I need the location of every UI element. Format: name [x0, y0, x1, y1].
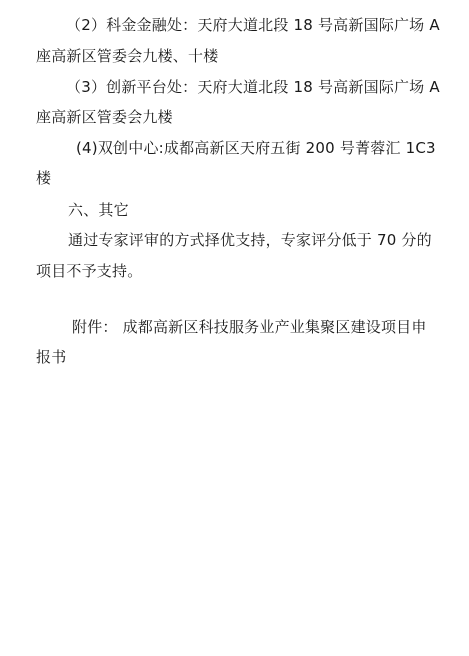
- paragraph-line-item3: （3）创新平台处：天府大道北段 18 号高新国际广场 A: [66, 77, 440, 97]
- paragraph-line-review: 通过专家评审的方式择优支持，专家评分低于 70 分的: [68, 230, 432, 250]
- paragraph-line-item2: （2）科金金融处：天府大道北段 18 号高新国际广场 A: [66, 15, 440, 35]
- paragraph-line-item4-cont: 楼: [36, 168, 51, 188]
- paragraph-line-item2-cont: 座高新区管委会九楼、十楼: [36, 46, 218, 66]
- paragraph-line-item3-cont: 座高新区管委会九楼: [36, 107, 173, 127]
- section-heading-other: 六、其它: [68, 200, 129, 220]
- paragraph-line-review-cont: 项目不予支持。: [36, 261, 142, 281]
- attachment-line: 附件： 成都高新区科技服务业产业集聚区建设项目申: [72, 317, 427, 337]
- paragraph-line-item4: (4)双创中心:成都高新区天府五街 200 号菁蓉汇 1C3: [76, 138, 436, 158]
- attachment-line-cont: 报书: [36, 347, 66, 367]
